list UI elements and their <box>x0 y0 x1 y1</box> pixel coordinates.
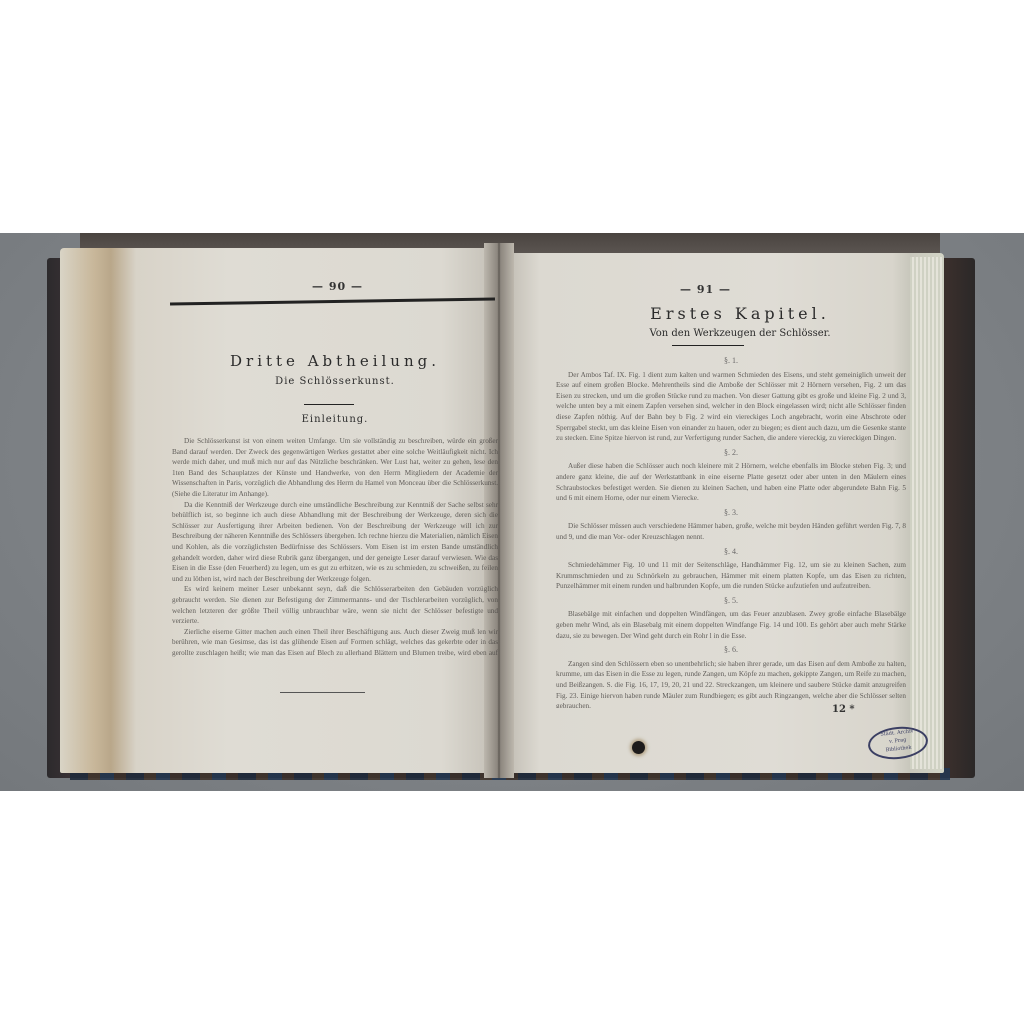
right-body-text: §. 1. Der Ambos Taf. IX. Fig. 1 dient zu… <box>556 352 906 708</box>
section-label: §. 1. <box>556 356 906 367</box>
end-divider <box>280 692 365 693</box>
right-subheading: Von den Werkzeugen der Schlösser. <box>560 328 920 339</box>
section-label: §. 2. <box>556 448 906 459</box>
paragraph: Der Ambos Taf. IX. Fig. 1 dient zum kalt… <box>556 370 906 444</box>
paragraph: Es wird keinem meiner Leser unbekannt se… <box>172 584 498 626</box>
section-label: §. 6. <box>556 645 906 656</box>
signature-mark: 12 * <box>832 704 855 715</box>
paragraph: Die Schlösserkunst ist von einem weiten … <box>172 436 498 500</box>
paragraph: Schmiedehämmer Fig. 10 und 11 mit der Se… <box>556 560 906 592</box>
paragraph: Die Schlösser müssen auch verschiedene H… <box>556 521 906 542</box>
section-label: §. 5. <box>556 596 906 607</box>
paragraph: Da die Kenntniß der Werkzeuge durch eine… <box>172 500 498 585</box>
right-heading: Erstes Kapitel. <box>560 304 920 323</box>
left-body-text: Die Schlösserkunst ist von einem weiten … <box>172 436 498 658</box>
paragraph: Zangen sind den Schlössern eben so unent… <box>556 659 906 708</box>
section-label: §. 4. <box>556 547 906 558</box>
binding-hole <box>632 741 645 754</box>
paragraph: Blasebälge mit einfachen und doppelten W… <box>556 609 906 641</box>
left-page-number: — 90 — <box>312 280 363 293</box>
paragraph: Zierliche eiserne Gitter machen auch ein… <box>172 627 498 658</box>
paragraph: Außer diese haben die Schlösser auch noc… <box>556 461 906 503</box>
divider <box>304 404 354 405</box>
right-page-number: — 91 — <box>680 283 731 296</box>
left-heading: Dritte Abtheilung. <box>170 352 500 370</box>
divider <box>672 345 744 346</box>
left-section-title: Einleitung. <box>170 414 500 425</box>
left-subheading: Die Schlösserkunst. <box>170 376 500 387</box>
section-label: §. 3. <box>556 508 906 519</box>
